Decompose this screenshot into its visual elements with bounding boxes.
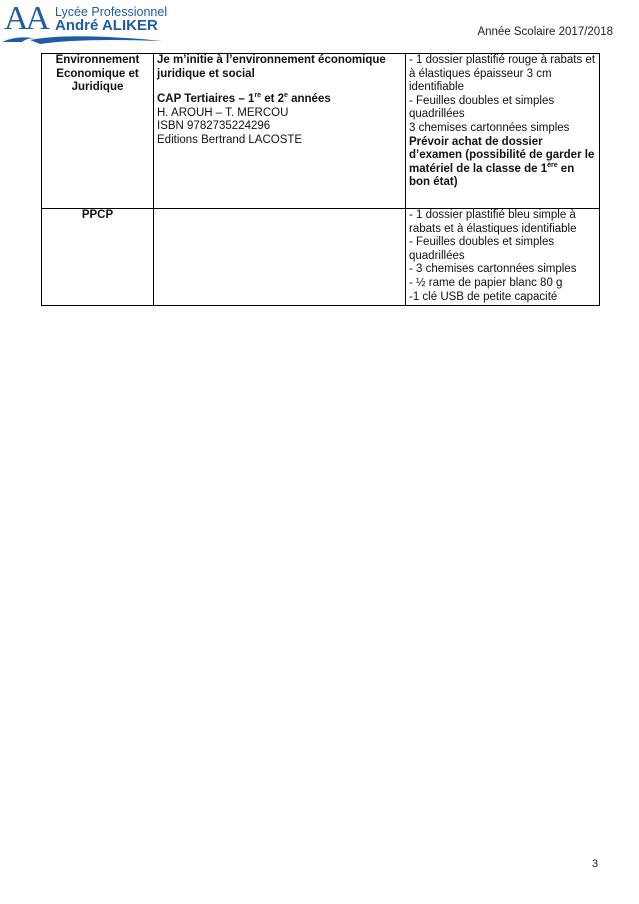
table-row: PPCP - 1 dossier plastifié bleu simple à… bbox=[42, 209, 600, 306]
list-item: - Feuilles doubles et simples quadrillée… bbox=[409, 95, 596, 122]
table-row: Environnement Economique et Juridique Je… bbox=[42, 54, 600, 209]
school-year: Année Scolaire 2017/2018 bbox=[477, 26, 613, 38]
list-item: 3 chemises cartonnées simples bbox=[409, 122, 596, 136]
book-title: Je m’initie à l’environnement économique… bbox=[157, 54, 402, 81]
book-isbn: ISBN 9782735224296 bbox=[157, 120, 402, 134]
list-item: -1 clé USB de petite capacité bbox=[409, 291, 596, 305]
list-item: - 1 dossier plastifié rouge à rabats et … bbox=[409, 54, 596, 95]
wave-icon bbox=[0, 30, 170, 50]
book-cell bbox=[154, 209, 406, 306]
school-logo: AA Lycée Professionnel André ALIKER bbox=[0, 0, 170, 50]
list-item: - Feuilles doubles et simples quadrillée… bbox=[409, 236, 596, 263]
book-publisher: Editions Bertrand LACOSTE bbox=[157, 134, 402, 148]
list-item: - 3 chemises cartonnées simples bbox=[409, 263, 596, 277]
list-item: - ½ rame de papier blanc 80 g bbox=[409, 277, 596, 291]
book-cell: Je m’initie à l’environnement économique… bbox=[154, 54, 406, 209]
items-cell: - 1 dossier plastifié bleu simple à raba… bbox=[406, 209, 600, 306]
exam-note: Prévoir achat de dossier d’examen (possi… bbox=[409, 136, 596, 190]
supplies-table: Environnement Economique et Juridique Je… bbox=[41, 53, 600, 306]
subject-cell: PPCP bbox=[42, 209, 154, 306]
list-item: - 1 dossier plastifié bleu simple à raba… bbox=[409, 209, 596, 236]
page-number: 3 bbox=[592, 858, 598, 870]
book-authors: H. AROUH – T. MERCOU bbox=[157, 107, 402, 121]
book-edition: CAP Tertiaires – 1re et 2e années bbox=[157, 93, 402, 107]
subject-cell: Environnement Economique et Juridique bbox=[42, 54, 154, 209]
items-cell: - 1 dossier plastifié rouge à rabats et … bbox=[406, 54, 600, 209]
